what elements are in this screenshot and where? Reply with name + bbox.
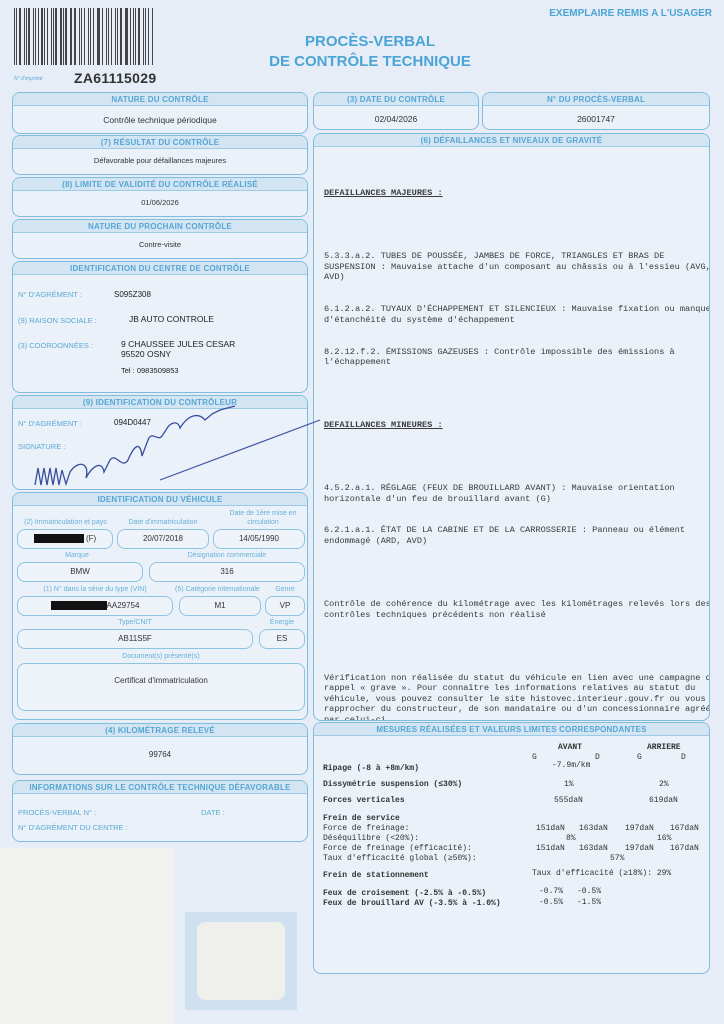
controleur-box: (9) IDENTIFICATION DU CONTRÔLEUR N° D'AG…	[12, 395, 308, 490]
ripage-value: -7.9m/km	[552, 761, 590, 770]
signature-label: SIGNATURE :	[18, 442, 65, 451]
defaillances-content: DEFAILLANCES MAJEURES : 5.3.3.a.2. TUBES…	[324, 167, 710, 721]
vehicule-header: IDENTIFICATION DU VÉHICULE	[13, 493, 307, 506]
documents-field: Certificat d'immatriculation	[17, 663, 305, 711]
date-controle-header: (3) DATE DU CONTRÔLE	[314, 93, 478, 106]
address: 9 CHAUSSEE JULES CESAR 95520 OSNY	[121, 339, 235, 359]
dissym-label: Dissymétrie suspension (≤30%)	[323, 780, 462, 789]
force-freinage-avd: 163daN	[579, 824, 608, 833]
centre-tel: Tel : 0983509853	[121, 366, 179, 375]
infos-defavorable-header: INFORMATIONS SUR LE CONTRÔLE TECHNIQUE D…	[13, 781, 307, 794]
croisement-label: Feux de croisement (-2.5% à -0.5%)	[323, 889, 486, 898]
kilometrage-note: Contrôle de cohérence du kilométrage ave…	[324, 599, 710, 620]
num-pv-value: 26001747	[483, 106, 709, 124]
num-pv-box: N° DU PROCÈS-VERBAL 26001747	[482, 92, 710, 130]
force-freinage-arg: 197daN	[625, 824, 654, 833]
categorie-field: M1	[179, 596, 261, 616]
pv-num-label: PROCÈS-VERBAL N° :	[18, 808, 96, 817]
date-circ-field: 14/05/1990	[213, 529, 305, 549]
photo-placeholder	[197, 922, 285, 1000]
mesures-header: MESURES RÉALISÉES ET VALEURS LIMITES COR…	[314, 723, 709, 736]
date-label: DATE :	[201, 808, 225, 817]
resultat-header: (7) RÉSULTAT DU CONTRÔLE	[13, 136, 307, 149]
nature-controle-box: NATURE DU CONTRÔLE Contrôle technique pé…	[12, 92, 308, 134]
arriere-header: ARRIERE	[647, 743, 681, 752]
marque-field: BMW	[17, 562, 143, 582]
forces-av: 555daN	[554, 796, 583, 805]
title-line-1: PROCÈS-VERBAL	[200, 32, 540, 52]
categorie-label: (5) Catégorie internationale	[175, 586, 255, 593]
immat-field: (F)	[17, 529, 113, 549]
brouillard-label: Feux de brouillard AV (-3.5% à -1.0%)	[323, 899, 501, 908]
vin-label: (1) N° dans la série du type (VIN)	[17, 586, 173, 593]
croisement-g: -0.7%	[539, 887, 563, 896]
majeure-item: 5.3.3.a.2. TUBES DE POUSSÉE, JAMBES DE F…	[324, 251, 710, 283]
photo-frame	[185, 912, 297, 1010]
imprime-label: N° d'imprimé	[14, 76, 43, 82]
document-title: PROCÈS-VERBAL DE CONTRÔLE TECHNIQUE	[200, 32, 540, 72]
majeures-title: DEFAILLANCES MAJEURES :	[324, 188, 710, 199]
type-label: Type/CNIT	[17, 619, 253, 626]
mineure-item: 4.5.2.a.1. RÉGLAGE (FEUX DE BROUILLARD A…	[324, 483, 710, 504]
avant-header: AVANT	[558, 743, 582, 752]
kilometrage-header: (4) KILOMÉTRAGE RELEVÉ	[13, 724, 307, 737]
taux-global-value: 57%	[610, 854, 624, 863]
stationnement-label: Frein de stationnement	[323, 871, 429, 880]
address-line-1: 9 CHAUSSEE JULES CESAR	[121, 339, 235, 349]
prochain-header: NATURE DU PROCHAIN CONTRÔLE	[13, 220, 307, 233]
brouillard-g: -0.5%	[539, 898, 563, 907]
prochain-box: NATURE DU PROCHAIN CONTRÔLE Contre-visit…	[12, 219, 308, 259]
avant-d: D	[595, 753, 600, 762]
coordonnees-label: (3) COORDONNÉES :	[18, 341, 93, 350]
centre-agrement-value: S095Z308	[114, 290, 151, 299]
taux-global-label: Taux d'efficacité global (≥50%):	[323, 854, 477, 863]
croisement-d: -0.5%	[577, 887, 601, 896]
resultat-box: (7) RÉSULTAT DU CONTRÔLE Défavorable pou…	[12, 135, 308, 175]
raison-sociale-value: JB AUTO CONTROLE	[129, 314, 214, 324]
mineures-title: DEFAILLANCES MINEURES :	[324, 420, 710, 431]
desequilibre-ar: 16%	[657, 834, 671, 843]
torn-corner	[0, 848, 174, 1024]
date-controle-box: (3) DATE DU CONTRÔLE 02/04/2026	[313, 92, 479, 130]
desequilibre-av: 8%	[566, 834, 576, 843]
desequilibre-label: Déséquilibre (<20%):	[323, 834, 419, 843]
centre-header: IDENTIFICATION DU CENTRE DE CONTRÔLE	[13, 262, 307, 275]
force-eff-avg: 151daN	[536, 844, 565, 853]
immat-country: (F)	[86, 534, 96, 543]
date-immat-field: 20/07/2018	[117, 529, 209, 549]
centre-agrement-label: N° D'AGRÉMENT :	[18, 290, 82, 299]
address-line-2: 95520 OSNY	[121, 349, 235, 359]
force-eff-ard: 167daN	[670, 844, 699, 853]
imprime-number: ZA61115029	[74, 70, 156, 86]
forces-label: Forces verticales	[323, 796, 405, 805]
dissym-av: 1%	[564, 780, 574, 789]
defaillances-header: (6) DÉFAILLANCES ET NIVEAUX DE GRAVITÉ	[314, 134, 709, 147]
validite-box: (8) LIMITE DE VALIDITÉ DU CONTRÔLE RÉALI…	[12, 177, 308, 217]
barcode	[14, 8, 154, 65]
pv-document: N° d'imprimé ZA61115029 EXEMPLAIRE REMIS…	[0, 0, 724, 1024]
marque-label: Marque	[17, 552, 137, 559]
force-eff-label: Force de freinage (efficacité):	[323, 844, 472, 853]
prochain-value: Contre-visite	[13, 233, 307, 249]
redacted-plate	[34, 534, 84, 543]
genre-label: Genre	[263, 586, 307, 593]
arriere-d: D	[681, 753, 686, 762]
validite-value: 01/06/2026	[13, 191, 307, 207]
rappel-note: Vérification non réalisée du statut du v…	[324, 673, 710, 721]
kilometrage-value: 99764	[13, 737, 307, 759]
vin-field: AA29754	[17, 596, 173, 616]
num-pv-header: N° DU PROCÈS-VERBAL	[483, 93, 709, 106]
vin-suffix: AA29754	[107, 601, 140, 610]
kilometrage-box: (4) KILOMÉTRAGE RELEVÉ 99764	[12, 723, 308, 775]
majeure-item: 8.2.12.f.2. ÉMISSIONS GAZEUSES : Contrôl…	[324, 347, 710, 368]
centre-agrement-defav-label: N° D'AGRÉMENT DU CENTRE :	[18, 823, 128, 832]
type-field: AB11S5F	[17, 629, 253, 649]
frein-service-label: Frein de service	[323, 814, 400, 823]
force-freinage-ard: 167daN	[670, 824, 699, 833]
controleur-header: (9) IDENTIFICATION DU CONTRÔLEUR	[13, 396, 307, 409]
stationnement-value: Taux d'efficacité (≥18%): 29%	[532, 869, 671, 878]
nature-controle-header: NATURE DU CONTRÔLE	[13, 93, 307, 106]
avant-g: G	[532, 753, 537, 762]
infos-defavorable-box: INFORMATIONS SUR LE CONTRÔLE TECHNIQUE D…	[12, 780, 308, 842]
redacted-vin	[51, 601, 107, 610]
majeure-item: 6.1.2.a.2. TUYAUX D'ÉCHAPPEMENT ET SILEN…	[324, 304, 710, 325]
nature-controle-value: Contrôle technique périodique	[13, 106, 307, 125]
designation-field: 316	[149, 562, 305, 582]
controleur-agrement-label: N° D'AGRÉMENT :	[18, 419, 82, 428]
exemplaire-label: EXEMPLAIRE REMIS A L'USAGER	[549, 8, 712, 19]
force-freinage-avg: 151daN	[536, 824, 565, 833]
centre-box: IDENTIFICATION DU CENTRE DE CONTRÔLE N° …	[12, 261, 308, 393]
immat-label: (2) Immatriculation et pays	[13, 519, 118, 526]
ripage-label: Ripage (-8 à +8m/km)	[323, 764, 419, 773]
date-controle-value: 02/04/2026	[314, 106, 478, 124]
force-eff-avd: 163daN	[579, 844, 608, 853]
energie-field: ES	[259, 629, 305, 649]
vehicule-box: IDENTIFICATION DU VÉHICULE (2) Immatricu…	[12, 492, 308, 720]
resultat-value: Défavorable pour défaillances majeures	[13, 149, 307, 165]
brouillard-d: -1.5%	[577, 898, 601, 907]
energie-label: Énergie	[259, 619, 305, 626]
date-immat-label: Date d'immatriculation	[117, 519, 209, 526]
mesures-box: MESURES RÉALISÉES ET VALEURS LIMITES COR…	[313, 722, 710, 974]
title-line-2: DE CONTRÔLE TECHNIQUE	[200, 52, 540, 72]
arriere-g: G	[637, 753, 642, 762]
controleur-agrement-value: 094D0447	[114, 418, 151, 427]
mineure-item: 6.2.1.a.1. ÉTAT DE LA CABINE ET DE LA CA…	[324, 525, 710, 546]
genre-field: VP	[265, 596, 305, 616]
dissym-ar: 2%	[659, 780, 669, 789]
date-circ-label: Date de 1ère mise en circulation	[223, 509, 303, 527]
forces-ar: 619daN	[649, 796, 678, 805]
force-eff-arg: 197daN	[625, 844, 654, 853]
documents-label: Document(s) présenté(s)	[17, 653, 305, 660]
defaillances-box: (6) DÉFAILLANCES ET NIVEAUX DE GRAVITÉ D…	[313, 133, 710, 721]
designation-label: Désignation commerciale	[149, 552, 305, 559]
force-freinage-label: Force de freinage:	[323, 824, 409, 833]
validite-header: (8) LIMITE DE VALIDITÉ DU CONTRÔLE RÉALI…	[13, 178, 307, 191]
raison-sociale-label: (9) RAISON SOCIALE :	[18, 316, 97, 325]
